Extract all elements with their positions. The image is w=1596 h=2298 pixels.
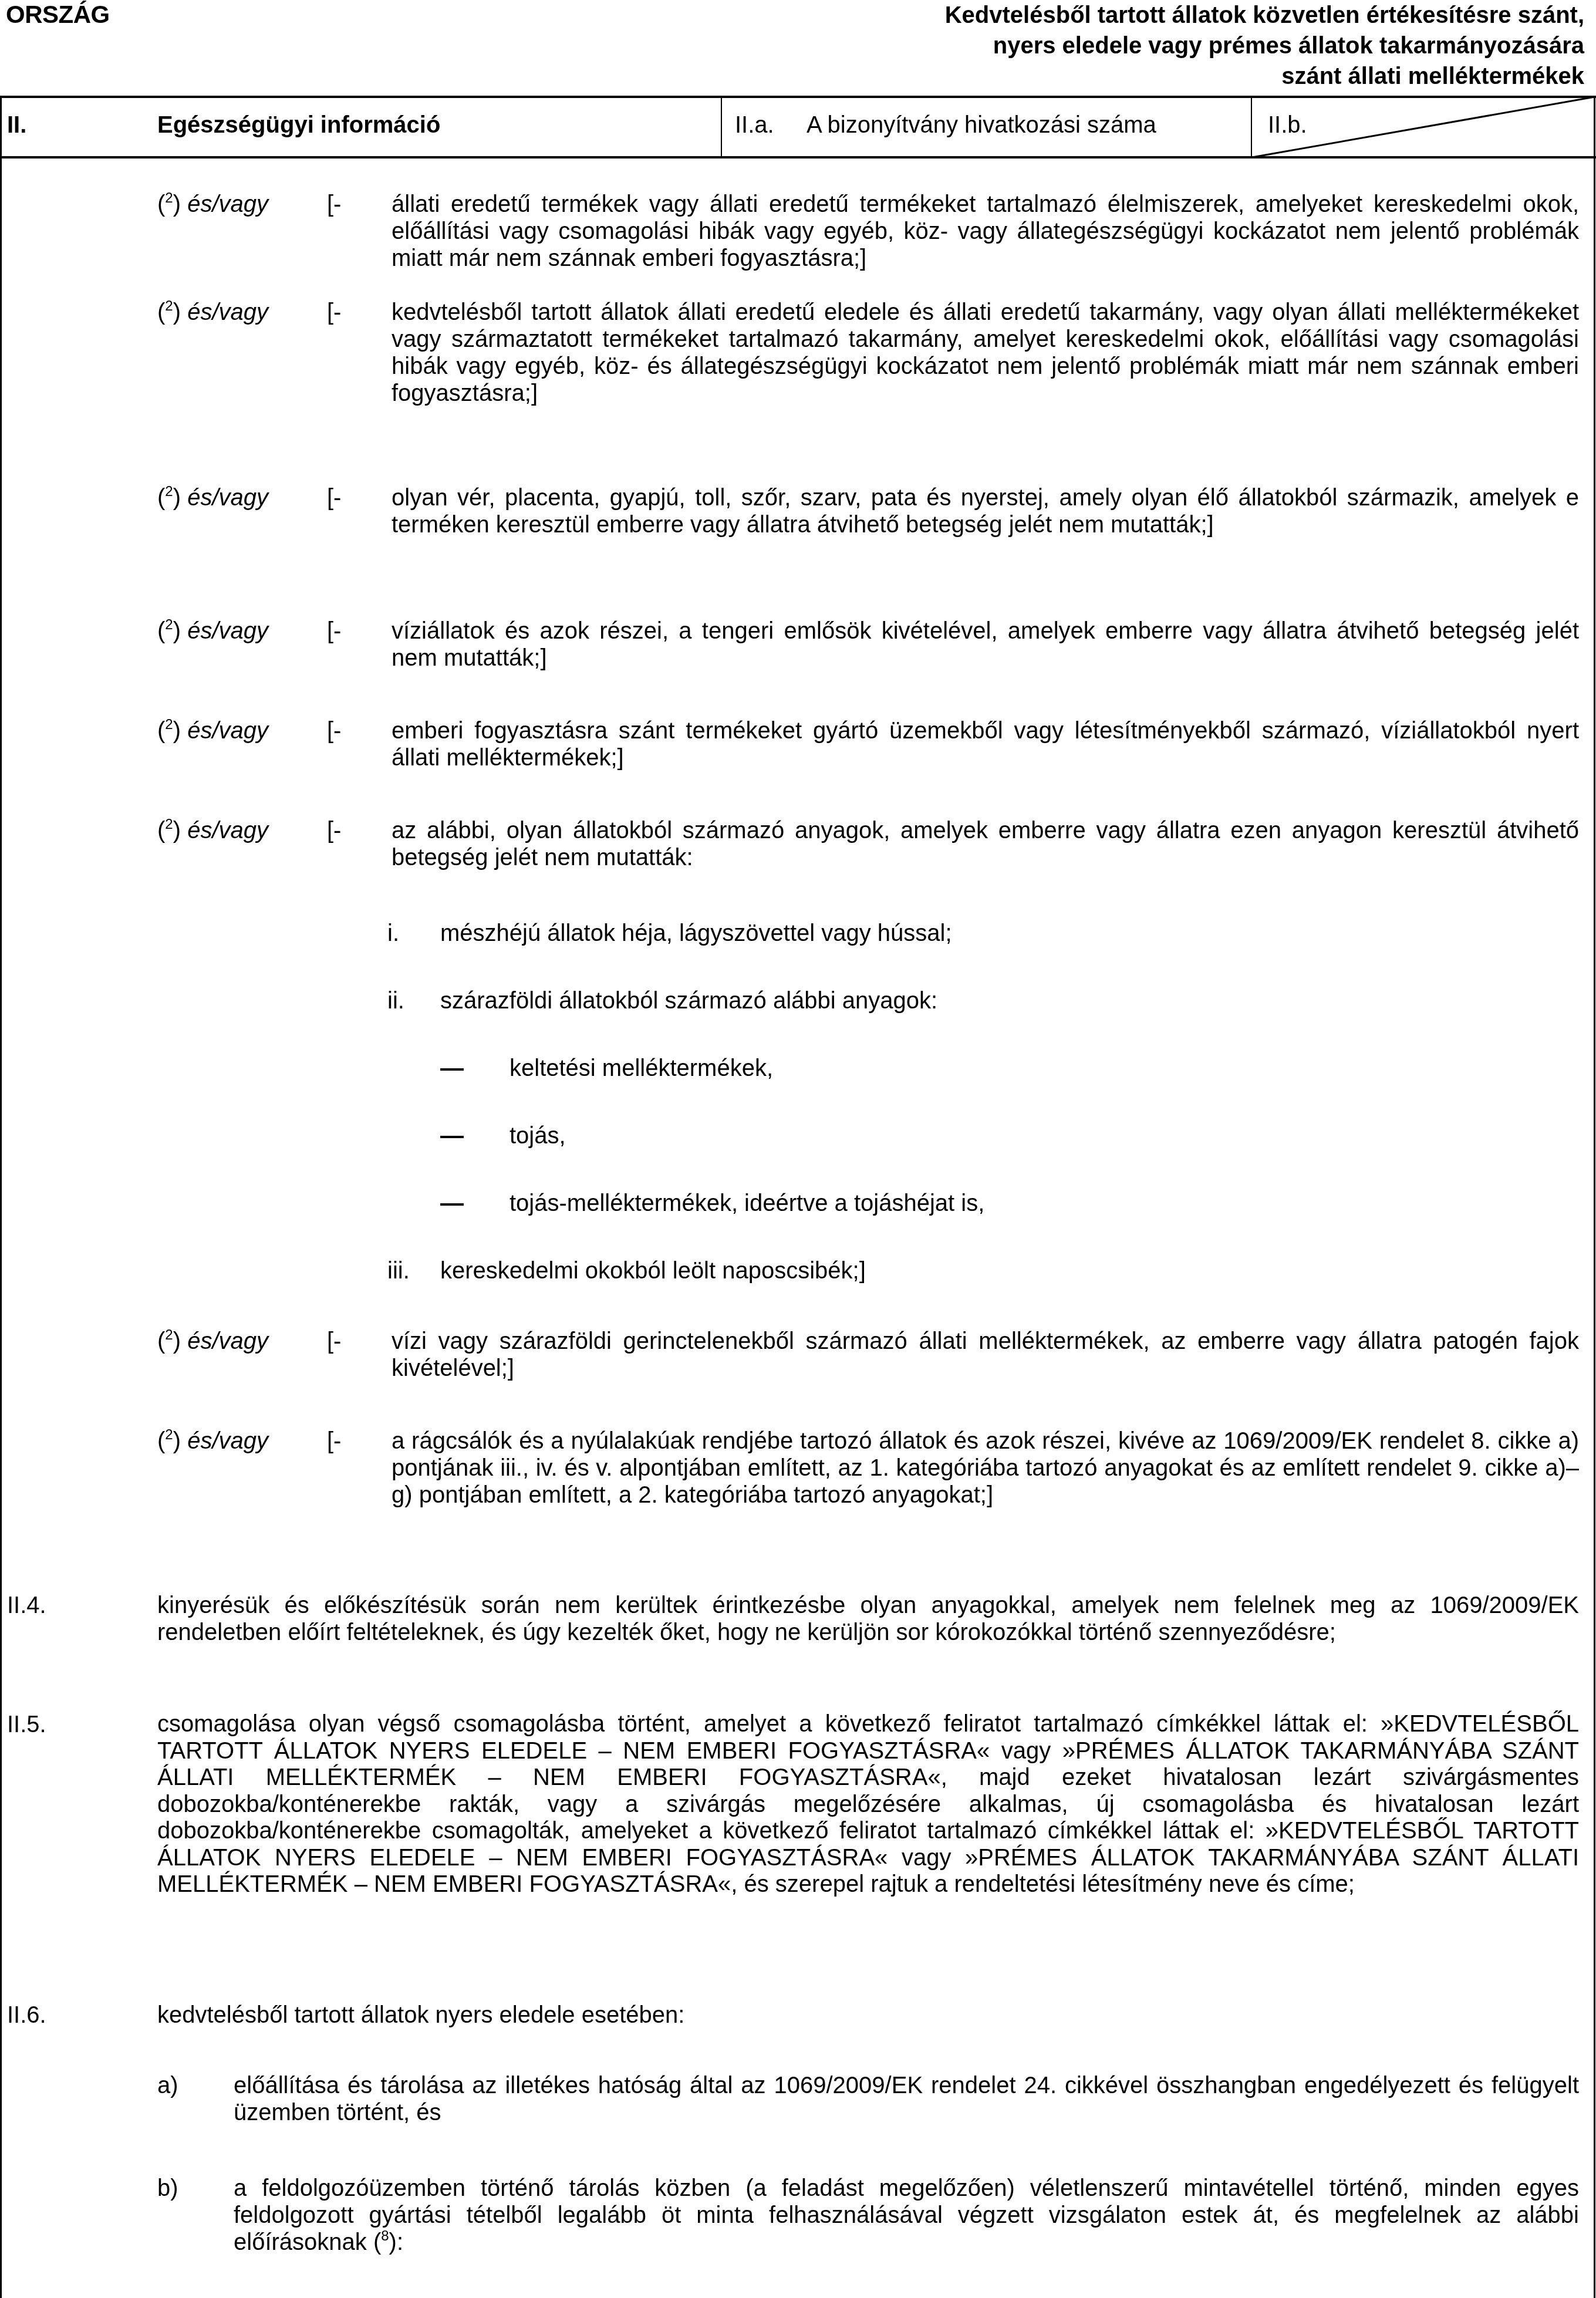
clause-text: kinyerésük és előkészítésük során nem ke… — [157, 1592, 1579, 1646]
option-marker: (2) és/vagy — [157, 817, 268, 844]
clause-number: II.4. — [7, 1592, 46, 1619]
sub-item-text: mészhéjú állatok héja, lágyszövettel vag… — [440, 920, 952, 947]
footnote-ref: 8 — [381, 2228, 389, 2244]
option-marker: (2) és/vagy — [157, 191, 268, 218]
footnote-ref: 2 — [165, 484, 173, 500]
footnote-ref: 2 — [165, 298, 173, 314]
dash-item-text: tojás-melléktermékek, ideértve a tojáshé… — [509, 1190, 984, 1217]
lettered-item-label: b) — [157, 2175, 178, 2202]
footnote-ref: 2 — [165, 617, 173, 633]
option-text: emberi fogyasztásra szánt termékeket gyá… — [392, 717, 1579, 771]
sub-item-text: szárazföldi állatokból származó alábbi a… — [440, 987, 937, 1014]
footnote-close: ) — [173, 818, 181, 843]
lettered-item-text: előállítása és tárolása az illetékes hat… — [234, 2072, 1579, 2126]
and-or-label: és/vagy — [187, 191, 268, 217]
lettered-item-text-part: a feldolgozóüzemben történő tárolás közb… — [234, 2175, 1579, 2255]
footnote-ref: 2 — [165, 717, 173, 733]
option-marker: (2) és/vagy — [157, 299, 268, 326]
option-marker: (2) és/vagy — [157, 484, 268, 511]
and-or-label: és/vagy — [187, 718, 268, 744]
option-marker: (2) és/vagy — [157, 1428, 268, 1455]
footnote-ref: 2 — [165, 1427, 173, 1443]
lettered-item-text-part: ): — [389, 2229, 403, 2255]
and-or-label: és/vagy — [187, 1428, 268, 1454]
option-bracket: [- — [327, 717, 341, 744]
section-iib-label: II.b. — [1268, 110, 1307, 140]
option-marker: (2) és/vagy — [157, 617, 268, 644]
option-bracket: [- — [327, 484, 341, 511]
footnote-close: ) — [173, 1328, 181, 1354]
section-number: II. — [7, 110, 26, 140]
option-bracket: [- — [327, 299, 341, 326]
footnote-open: ( — [157, 818, 165, 843]
dash-bullet: — — [440, 1055, 464, 1082]
footnote-open: ( — [157, 718, 165, 744]
option-text: olyan vér, placenta, gyapjú, toll, szőr,… — [392, 484, 1579, 538]
option-bracket: [- — [327, 1328, 341, 1355]
footnote-open: ( — [157, 1328, 165, 1354]
and-or-label: és/vagy — [187, 618, 268, 644]
page-right-border — [1594, 96, 1595, 2298]
option-text: az alábbi, olyan állatokból származó any… — [392, 817, 1579, 871]
footnote-open: ( — [157, 485, 165, 511]
option-text: állati eredetű termékek vagy állati ered… — [392, 191, 1579, 272]
section-title: Egészségügyi információ — [157, 110, 440, 140]
clause-text: csomagolása olyan végső csomagolásba tör… — [157, 1711, 1579, 1898]
lettered-item-label: a) — [157, 2072, 178, 2099]
dash-item-text: tojás, — [509, 1122, 566, 1149]
and-or-label: és/vagy — [187, 818, 268, 843]
option-text: a rágcsálók és a nyúlalakúak rendjébe ta… — [392, 1428, 1579, 1509]
option-marker: (2) és/vagy — [157, 717, 268, 744]
footnote-ref: 2 — [165, 190, 173, 206]
page-left-border — [0, 96, 2, 2298]
footnote-ref: 2 — [165, 816, 173, 832]
and-or-label: és/vagy — [187, 1328, 268, 1354]
option-text: víziállatok és azok részei, a tengeri em… — [392, 617, 1579, 671]
and-or-label: és/vagy — [187, 485, 268, 511]
footnote-close: ) — [173, 618, 181, 644]
dash-item-text: keltetési melléktermékek, — [509, 1055, 773, 1082]
option-text: kedvtelésből tartott állatok állati ered… — [392, 299, 1579, 407]
option-text: vízi vagy szárazföldi gerinctelenekből s… — [392, 1328, 1579, 1382]
option-bracket: [- — [327, 1428, 341, 1455]
dash-bullet: — — [440, 1190, 464, 1217]
option-bracket: [- — [327, 191, 341, 218]
footnote-ref: 2 — [165, 1327, 173, 1343]
clause-number: II.5. — [7, 1711, 46, 1738]
footnote-open: ( — [157, 618, 165, 644]
option-bracket: [- — [327, 817, 341, 844]
option-marker: (2) és/vagy — [157, 1328, 268, 1355]
footnote-open: ( — [157, 1428, 165, 1454]
and-or-label: és/vagy — [187, 299, 268, 325]
dash-bullet: — — [440, 1122, 464, 1149]
clause-text: kedvtelésből tartott állatok nyers elede… — [157, 2002, 684, 2029]
footnote-close: ) — [173, 485, 181, 511]
footnote-close: ) — [173, 718, 181, 744]
footnote-close: ) — [173, 299, 181, 325]
footnote-open: ( — [157, 191, 165, 217]
option-bracket: [- — [327, 617, 341, 644]
footnote-close: ) — [173, 1428, 181, 1454]
reference-number-label-id: II.a. — [735, 110, 774, 140]
sub-item-number: iii. — [387, 1257, 410, 1284]
footnote-open: ( — [157, 299, 165, 325]
diagonal-strike-icon — [0, 0, 1596, 164]
sub-item-number: i. — [387, 920, 399, 947]
footnote-close: ) — [173, 191, 181, 217]
clause-number: II.6. — [7, 2002, 46, 2029]
reference-number-label: A bizonyítvány hivatkozási száma — [807, 110, 1156, 140]
sub-item-number: ii. — [387, 987, 404, 1014]
sub-item-text: kereskedelmi okokból leölt naposcsibék;] — [440, 1257, 866, 1284]
lettered-item-text: a feldolgozóüzemben történő tárolás közb… — [234, 2175, 1579, 2256]
